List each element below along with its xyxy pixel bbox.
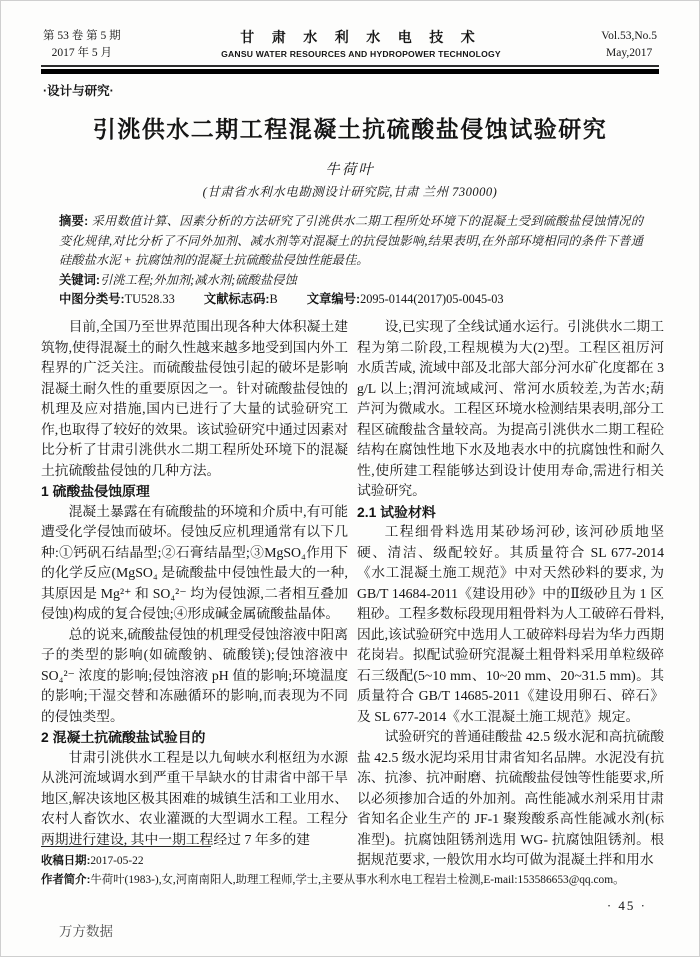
footnote-rule [41, 846, 211, 847]
issue-date-en: May,2017 [601, 45, 657, 62]
abstract-paragraph: 摘要: 采用数值计算、因素分析的方法研究了引洮供水二期工程所处环境下的混凝土受到… [59, 212, 643, 271]
left-column: 目前,全国乃至世界范围出现各种大体积凝土建筑物,使得混凝土的耐久性越来越多地受到… [41, 317, 348, 871]
keywords-line: 关键词:引洮工程;外加剂;减水剂;硫酸盐侵蚀 [59, 271, 643, 291]
article-id-group: 文章编号:2095-0144(2017)05-0045-03 [307, 290, 504, 310]
section-category-label: ·设计与研究· [43, 81, 114, 99]
masthead-journal-block: 甘 肃 水 利 水 电 技 术 GANSU WATER RESOURCES AN… [221, 30, 501, 61]
doc-code-group: 文献标志码:B [204, 290, 278, 310]
abstract-label: 摘要: [59, 214, 88, 228]
article-body: 目前,全国乃至世界范围出现各种大体积凝土建筑物,使得混凝土的耐久性越来越多地受到… [41, 317, 665, 871]
author-name: 牛荷叶 [1, 158, 699, 179]
clc-group: 中图分类号:TU528.33 [59, 290, 175, 310]
journal-name-en: GANSU WATER RESOURCES AND HYDROPOWER TEC… [221, 48, 501, 61]
journal-masthead: 第 53 卷 第 5 期 2017 年 5 月 甘 肃 水 利 水 电 技 术 … [43, 28, 657, 62]
received-date-label: 收稿日期: [41, 855, 90, 867]
masthead-rule-thin [41, 65, 659, 67]
abstract-text: 采用数值计算、因素分析的方法研究了引洮供水二期工程所处环境下的混凝土受到硫酸盐侵… [59, 214, 643, 267]
wanfang-watermark: 万方数据 [59, 920, 113, 940]
received-date-line: 收稿日期:2017-05-22 [41, 852, 659, 871]
abstract-block: 摘要: 采用数值计算、因素分析的方法研究了引洮供水二期工程所处环境下的混凝土受到… [59, 212, 643, 310]
section1-paragraph-1: 混凝土暴露在有硫酸盐的环境和介质中,有可能遭受化学侵蚀而破坏。侵蚀反应机理通常有… [41, 502, 348, 625]
journal-page: 第 53 卷 第 5 期 2017 年 5 月 甘 肃 水 利 水 电 技 术 … [0, 0, 700, 957]
author-affiliation: (甘肃省水利水电勘测设计研究院,甘肃 兰州 730000) [1, 182, 699, 200]
doc-code: B [269, 292, 277, 306]
keywords-label: 关键词: [59, 273, 100, 287]
section-heading-2-1: 2.1 试验材料 [357, 502, 664, 523]
clc-label: 中图分类号: [59, 292, 125, 306]
masthead-volume-block: Vol.53,No.5 May,2017 [601, 28, 657, 62]
doc-code-label: 文献标志码: [204, 292, 270, 306]
section2-paragraph-2: 设,已实现了全线试通水运行。引洮供水二期工程为第二阶段,工程规模为大(2)型。工… [357, 317, 664, 502]
keywords-text: 引洮工程;外加剂;减水剂;硫酸盐侵蚀 [100, 273, 297, 287]
intro-paragraph: 目前,全国乃至世界范围出现各种大体积凝土建筑物,使得混凝土的耐久性越来越多地受到… [41, 317, 348, 481]
masthead-rule-thick [41, 69, 659, 74]
classification-line: 中图分类号:TU528.33 文献标志码:B 文章编号:2095-0144(20… [59, 290, 643, 310]
clc-number: TU528.33 [125, 292, 175, 306]
article-id-label: 文章编号: [307, 292, 360, 306]
section2-paragraph-1: 甘肃引洮供水工程是以九甸峡水利枢纽为水源从洮河流域调水到严重干旱缺水的甘肃省中部… [41, 748, 348, 851]
right-column: 设,已实现了全线试通水运行。引洮供水二期工程为第二阶段,工程规模为大(2)型。工… [357, 317, 664, 871]
author-bio-line: 作者简介:牛荷叶(1983-),女,河南南阳人,助理工程师,学士,主要从事水利水… [41, 871, 659, 890]
page-number: · 45 · [607, 898, 647, 914]
journal-name-cn: 甘 肃 水 利 水 电 技 术 [221, 30, 501, 48]
received-date: 2017-05-22 [90, 855, 143, 867]
footnote-block: 收稿日期:2017-05-22 作者简介:牛荷叶(1983-),女,河南南阳人,… [41, 846, 659, 889]
section-heading-2: 2 混凝土抗硫酸盐试验目的 [41, 727, 348, 748]
article-id: 2095-0144(2017)05-0045-03 [360, 292, 503, 306]
article-title: 引洮供水二期工程混凝土抗硫酸盐侵蚀试验研究 [1, 111, 699, 144]
section-heading-1: 1 硫酸盐侵蚀原理 [41, 481, 348, 502]
issue-date-cn: 2017 年 5 月 [43, 45, 121, 62]
author-bio: 牛荷叶(1983-),女,河南南阳人,助理工程师,学士,主要从事水利水电工程岩土… [90, 874, 624, 886]
section1-paragraph-2: 总的说来,硫酸盐侵蚀的机理受侵蚀溶液中阳离子的类型的影响(如硫酸钠、硫酸镁);侵… [41, 625, 348, 728]
issue-number: 第 53 卷 第 5 期 [43, 28, 121, 45]
masthead-issue-block: 第 53 卷 第 5 期 2017 年 5 月 [43, 28, 121, 62]
author-bio-label: 作者简介: [41, 874, 90, 886]
section2-1-paragraph-1: 工程细骨料选用某砂场河砂, 该河砂质地坚硬、清洁、级配较好。其质量符合 SL 6… [357, 522, 664, 727]
volume-number-en: Vol.53,No.5 [601, 28, 657, 45]
